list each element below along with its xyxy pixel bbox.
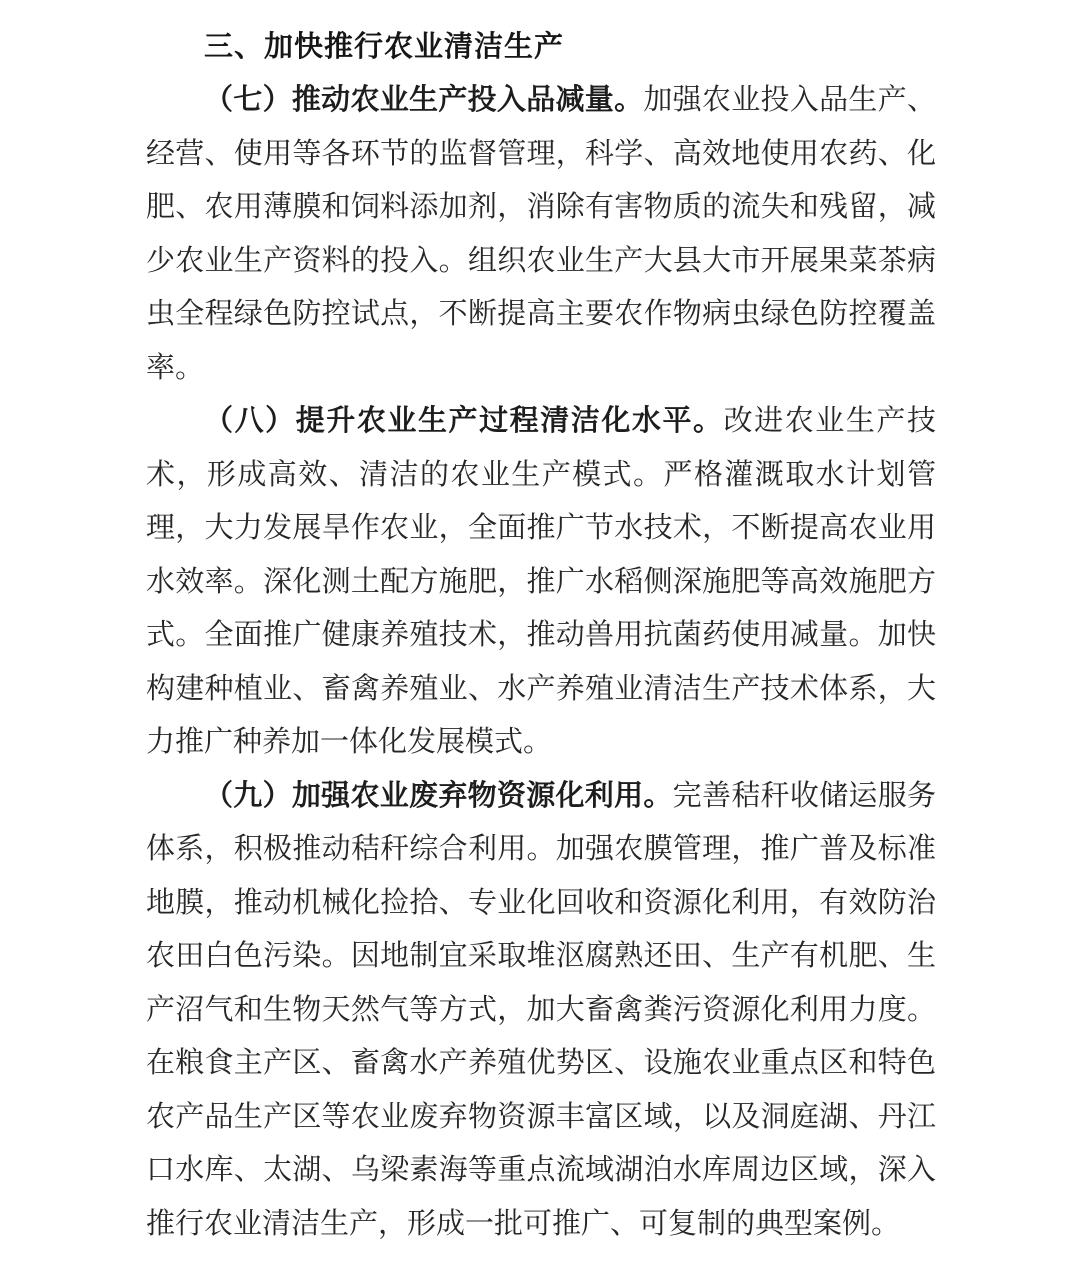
document-page: 三、加快推行农业清洁生产 （七）推动农业生产投入品减量。加强农业投入品生产、经营… [0,0,1080,1275]
paragraph: （九）加强农业废弃物资源化利用。完善秸秆收储运服务体系，积极推动秸秆综合利用。加… [146,770,936,1252]
paragraph-body: 改进农业生产技术，形成高效、清洁的农业生产模式。严格灌溉取水计划管理，大力发展旱… [146,405,936,758]
section-heading: 三、加快推行农业清洁生产 [146,20,936,74]
paragraph: （七）推动农业生产投入品减量。加强农业投入品生产、经营、使用等各环节的监督管理，… [146,74,936,395]
paragraph-lead: （七）推动农业生产投入品减量。 [204,84,643,116]
paragraph-body: 加强农业投入品生产、经营、使用等各环节的监督管理，科学、高效地使用农药、化肥、农… [146,84,936,384]
paragraph: （八）提升农业生产过程清洁化水平。改进农业生产技术，形成高效、清洁的农业生产模式… [146,395,936,770]
paragraph-body: 完善秸秆收储运服务体系，积极推动秸秆综合利用。加强农膜管理，推广普及标准地膜，推… [146,780,936,1240]
paragraph-lead: （九）加强农业废弃物资源化利用。 [204,780,673,812]
paragraph-lead: （八）提升农业生产过程清洁化水平。 [204,405,724,437]
